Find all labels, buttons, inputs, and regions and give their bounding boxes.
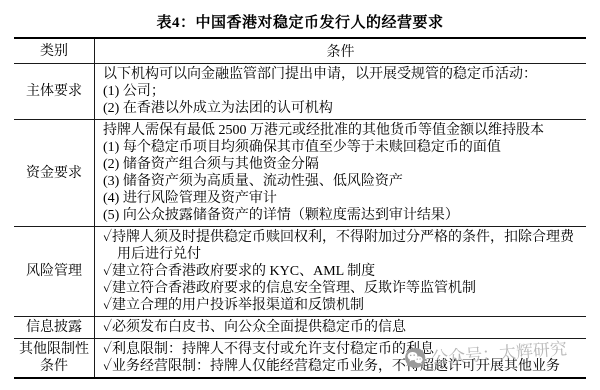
row-category: 信息披露 xyxy=(14,317,95,338)
condition-line: (5) 向公众披露储备资产的详情（颗粒度需达到审计结果） xyxy=(103,207,580,224)
table-row: 其他限制性条件 ✓利息限制：持牌人不得支付或允许支付稳定币的利息 ✓业务经营限制… xyxy=(14,339,586,377)
condition-line: (1) 公司； xyxy=(103,83,580,100)
condition-line: ✓持牌人须及时提供稳定币赎回权利，不得附加过分严格的条件，扣除合理费用后进行兑付 xyxy=(103,229,580,263)
condition-line: ✓利息限制：持牌人不得支付或允许支付稳定币的利息 xyxy=(103,341,580,358)
table-row: 资金要求 持牌人需保有最低 2500 万港元或经批准的其他货币等值金额以维持股本… xyxy=(14,120,586,227)
row-category: 风险管理 xyxy=(14,227,95,316)
table-row: 信息披露 ✓必须发布白皮书、向公众全面提供稳定币的信息 xyxy=(14,317,586,339)
condition-line: (3) 储备资产须为高质量、流动性强、低风险资产 xyxy=(103,173,580,190)
header-condition: 条件 xyxy=(95,39,586,63)
row-conditions: ✓必须发布白皮书、向公众全面提供稳定币的信息 xyxy=(95,317,586,338)
condition-line: ✓业务经营限制：持牌人仅能经营稳定币业务，不得超越许可开展其他业务 xyxy=(103,358,580,375)
row-category: 主体要求 xyxy=(14,64,95,119)
row-conditions: ✓利息限制：持牌人不得支付或允许支付稳定币的利息 ✓业务经营限制：持牌人仅能经营… xyxy=(95,339,586,377)
condition-line: ✓必须发布白皮书、向公众全面提供稳定币的信息 xyxy=(103,319,580,336)
condition-line: 持牌人需保有最低 2500 万港元或经批准的其他货币等值金额以维持股本 xyxy=(103,122,580,139)
condition-line: ✓建立符合香港政府要求的信息安全管理、反欺诈等监管机制 xyxy=(103,280,580,297)
condition-line: (2) 储备资产组合须与其他资金分隔 xyxy=(103,156,580,173)
requirements-table: 类别 条件 主体要求 以下机构可以向金融监管部门提出申请，以开展受规管的稳定币活… xyxy=(14,37,586,379)
row-category: 其他限制性条件 xyxy=(14,339,95,377)
condition-line: (1) 每个稳定币项目均须确保其市值至少等于未赎回稳定币的面值 xyxy=(103,139,580,156)
row-conditions: ✓持牌人须及时提供稳定币赎回权利，不得附加过分严格的条件，扣除合理费用后进行兑付… xyxy=(95,227,586,316)
row-conditions: 以下机构可以向金融监管部门提出申请，以开展受规管的稳定币活动： (1) 公司； … xyxy=(95,64,586,119)
table-row: 主体要求 以下机构可以向金融监管部门提出申请，以开展受规管的稳定币活动： (1)… xyxy=(14,64,586,120)
header-category: 类别 xyxy=(14,39,95,63)
condition-line: ✓建立合理的用户投诉举报渠道和反馈机制 xyxy=(103,297,580,314)
table-row: 风险管理 ✓持牌人须及时提供稳定币赎回权利，不得附加过分严格的条件，扣除合理费用… xyxy=(14,227,586,317)
page-title: 表4：中国香港对稳定币发行人的经营要求 xyxy=(0,0,600,32)
condition-line: (4) 进行风险管理及资产审计 xyxy=(103,190,580,207)
condition-line: ✓建立符合香港政府要求的 KYC、AML 制度 xyxy=(103,263,580,280)
row-conditions: 持牌人需保有最低 2500 万港元或经批准的其他货币等值金额以维持股本 (1) … xyxy=(95,120,586,226)
row-category: 资金要求 xyxy=(14,120,95,226)
condition-line: 以下机构可以向金融监管部门提出申请，以开展受规管的稳定币活动： xyxy=(103,66,580,83)
condition-line: (2) 在香港以外成立为法团的认可机构 xyxy=(103,100,580,117)
table-header-row: 类别 条件 xyxy=(14,39,586,64)
